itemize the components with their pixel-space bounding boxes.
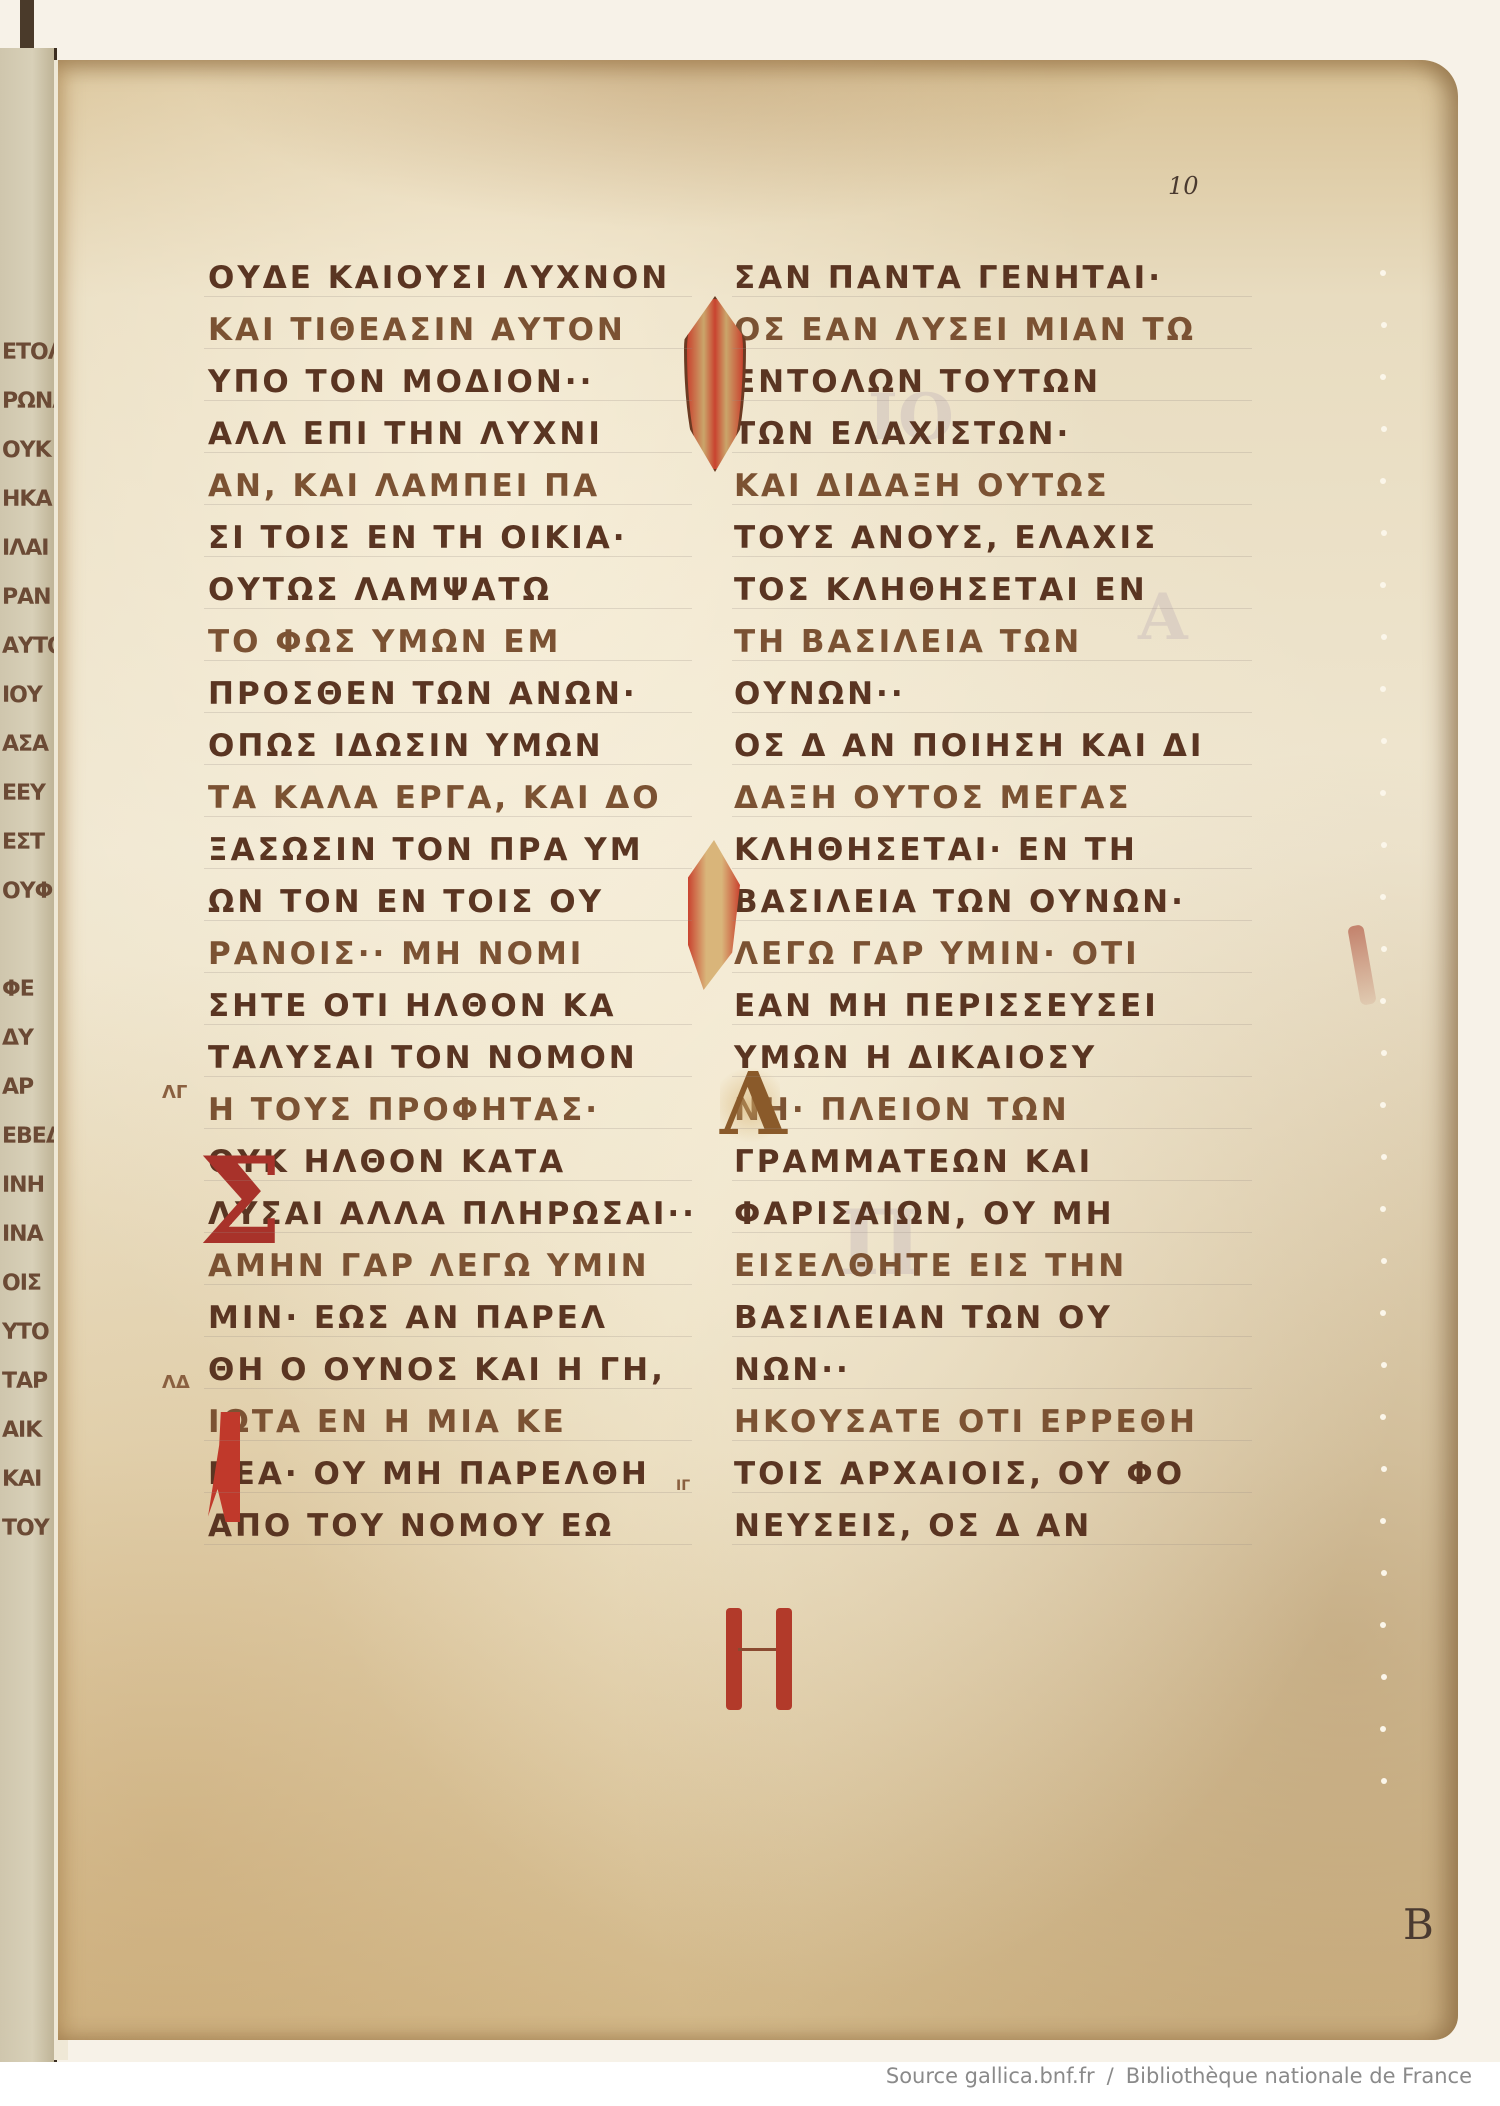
ruling-line	[204, 400, 692, 401]
pricking-hole	[1381, 1050, 1387, 1056]
institution-name: Bibliothèque nationale de France	[1126, 2064, 1472, 2088]
ruling-line	[204, 1336, 692, 1337]
pricking-hole	[1381, 634, 1387, 640]
pricking-hole	[1380, 1206, 1386, 1212]
ruling-line	[204, 764, 692, 765]
pricking-hole	[1380, 582, 1386, 588]
quire-signature: B	[1403, 1900, 1434, 1949]
ruling-line	[204, 556, 692, 557]
previous-leaf-line: ΦΕ	[2, 965, 54, 1014]
ruling-line	[204, 816, 692, 817]
ruling-line	[204, 1388, 692, 1389]
pricking-hole	[1381, 1674, 1387, 1680]
pricking-hole	[1380, 1726, 1386, 1732]
previous-leaf-line: ΑΡ	[2, 1063, 54, 1112]
previous-leaf-line: ΡΩΝΑ	[2, 377, 54, 426]
folio-number: 10	[1168, 172, 1199, 200]
marginal-section-number: ΛΓ	[162, 1082, 187, 1103]
binding-strip	[20, 0, 34, 48]
previous-leaf-line	[2, 916, 54, 965]
pricking-hole	[1380, 374, 1386, 380]
ruling-line	[732, 660, 1252, 661]
ruling-line	[204, 1284, 692, 1285]
previous-leaf-line: ΕΤΟΛ	[2, 328, 54, 377]
ruling-line	[204, 1492, 692, 1493]
ruling-line	[732, 1232, 1252, 1233]
decorated-initial-eta	[726, 1608, 792, 1710]
ruling-line	[204, 608, 692, 609]
pricking-hole	[1381, 842, 1387, 848]
marginal-section-number: ΛΔ	[162, 1372, 190, 1393]
ruling-line	[732, 504, 1252, 505]
decorated-initial-sigma: Σ	[198, 1132, 240, 1272]
pricking-hole	[1380, 1102, 1386, 1108]
ruling-line	[204, 1076, 692, 1077]
ruling-line	[204, 348, 692, 349]
pricking-hole	[1380, 894, 1386, 900]
previous-leaf-line: ΗΚΑ	[2, 475, 54, 524]
eta-crossbar	[738, 1648, 780, 1651]
pricking-hole	[1380, 478, 1386, 484]
pricking-hole	[1381, 1466, 1387, 1472]
pricking-hole	[1380, 270, 1386, 276]
ruling-line	[204, 712, 692, 713]
pricking-hole	[1381, 1362, 1387, 1368]
ruling-line	[732, 1076, 1252, 1077]
previous-leaf-line: ΤΟΥ	[2, 1504, 54, 1553]
ruling-line	[204, 972, 692, 973]
pricking-hole	[1381, 946, 1387, 952]
previous-leaf-line: ΑΣΑ	[2, 720, 54, 769]
ruling-line	[204, 660, 692, 661]
ruling-line	[732, 1284, 1252, 1285]
previous-leaf-line: ΟΥΦ	[2, 867, 54, 916]
previous-leaf-edge: ΕΤΟΛΡΩΝΑΟΥΚΗΚΑΙΛΑΙΡΑΝΑΥΤΟΙΟΥΑΣΑΕΕΥΕΣΤΟΥΦ…	[0, 48, 57, 2062]
text-column-right: ΣΑΝ ΠΑΝΤΑ ΓΕΝΗΤΑΙ·ΟΣ ΕΑΝ ΛΥΣΕΙ ΜΙΑΝ ΤΩΕΝ…	[734, 252, 1204, 1552]
ruling-line	[204, 1440, 692, 1441]
previous-leaf-line: ΤΑΡ	[2, 1357, 54, 1406]
ruling-line	[732, 1128, 1252, 1129]
pricking-hole	[1380, 1414, 1386, 1420]
ruling-line	[204, 868, 692, 869]
previous-leaf-line: ΕΕΥ	[2, 769, 54, 818]
source-link[interactable]: Source gallica.bnf.fr	[886, 2064, 1095, 2088]
ruling-line	[204, 1180, 692, 1181]
ruling-line	[732, 348, 1252, 349]
pricking-hole	[1380, 1518, 1386, 1524]
ruling-line	[732, 1544, 1252, 1545]
previous-leaf-line: ΟΥΚ	[2, 426, 54, 475]
ruling-line	[204, 296, 692, 297]
previous-leaf-line: ΥΤΟ	[2, 1308, 54, 1357]
previous-leaf-line: ΕΣΤ	[2, 818, 54, 867]
eta-left-stroke	[726, 1608, 742, 1710]
previous-leaf-line: ΕΒΕΔ	[2, 1112, 54, 1161]
previous-leaf-line: ΡΑΝ	[2, 573, 54, 622]
source-credit: Source gallica.bnf.fr/Bibliothèque natio…	[886, 2064, 1472, 2088]
pricking-hole	[1381, 530, 1387, 536]
ruling-line	[732, 816, 1252, 817]
pricking-hole	[1381, 1154, 1387, 1160]
pricking-hole	[1380, 686, 1386, 692]
ruling-line	[732, 1024, 1252, 1025]
water-stain	[178, 60, 1178, 230]
ruling-line	[732, 1388, 1252, 1389]
manuscript-scan: ΕΤΟΛΡΩΝΑΟΥΚΗΚΑΙΛΑΙΡΑΝΑΥΤΟΙΟΥΑΣΑΕΕΥΕΣΤΟΥΦ…	[0, 0, 1500, 2062]
previous-leaf-line: ΑΥΤΟ	[2, 622, 54, 671]
ruling-line	[732, 296, 1252, 297]
ruling-line	[732, 972, 1252, 973]
ruling-line	[732, 1440, 1252, 1441]
previous-leaf-line: ΙΛΑΙ	[2, 524, 54, 573]
ruling-line	[732, 1336, 1252, 1337]
red-ink-stain	[1347, 924, 1377, 1006]
ruling-line	[204, 452, 692, 453]
decorated-initial-lambda: Λ	[720, 1060, 780, 1150]
ruling-line	[204, 1544, 692, 1545]
ruling-line	[204, 1232, 692, 1233]
pricking-hole	[1380, 1622, 1386, 1628]
ruling-line	[732, 712, 1252, 713]
separator: /	[1107, 2064, 1114, 2088]
pricking-hole	[1381, 322, 1387, 328]
ruling-line	[732, 608, 1252, 609]
pricking-hole	[1381, 1258, 1387, 1264]
ruling-line	[204, 1024, 692, 1025]
previous-leaf-line: ΔΥ	[2, 1014, 54, 1063]
previous-leaf-line: ΙΟΥ	[2, 671, 54, 720]
ruling-line	[732, 1180, 1252, 1181]
pricking-hole	[1380, 790, 1386, 796]
pricking-hole	[1380, 998, 1386, 1004]
ruling-line	[732, 764, 1252, 765]
previous-leaf-line: ΑΙΚ	[2, 1406, 54, 1455]
ruling-line	[204, 1128, 692, 1129]
previous-leaf-line: ΚΑΙ	[2, 1455, 54, 1504]
pricking-hole	[1380, 1310, 1386, 1316]
ruling-line	[732, 400, 1252, 401]
ruling-line	[204, 920, 692, 921]
previous-leaf-line: ΟΙΣ	[2, 1259, 54, 1308]
pricking-hole	[1381, 1778, 1387, 1784]
ruling-line	[732, 556, 1252, 557]
eta-right-stroke	[776, 1608, 792, 1710]
ruling-line	[732, 452, 1252, 453]
previous-leaf-line: ΙΝΑ	[2, 1210, 54, 1259]
folio-page: ΙΟ Α Π 10 ΟΥΔΕ ΚΑΙΟΥΣΙ ΛΥΧΝΟΝΚΑΙ ΤΙΘΕΑΣΙ…	[58, 60, 1458, 2040]
previous-leaf-text: ΕΤΟΛΡΩΝΑΟΥΚΗΚΑΙΛΑΙΡΑΝΑΥΤΟΙΟΥΑΣΑΕΕΥΕΣΤΟΥΦ…	[2, 328, 54, 1553]
pricking-hole	[1381, 426, 1387, 432]
pricking-hole	[1381, 1570, 1387, 1576]
ruling-line	[732, 868, 1252, 869]
ruling-line	[204, 504, 692, 505]
pricking-hole	[1381, 738, 1387, 744]
text-column-left: ΟΥΔΕ ΚΑΙΟΥΣΙ ΛΥΧΝΟΝΚΑΙ ΤΙΘΕΑΣΙΝ ΑΥΤΟΝΥΠΟ…	[208, 252, 697, 1552]
ruling-line	[732, 920, 1252, 921]
ruling-line	[732, 1492, 1252, 1493]
previous-leaf-line: ΙΝΗ	[2, 1161, 54, 1210]
